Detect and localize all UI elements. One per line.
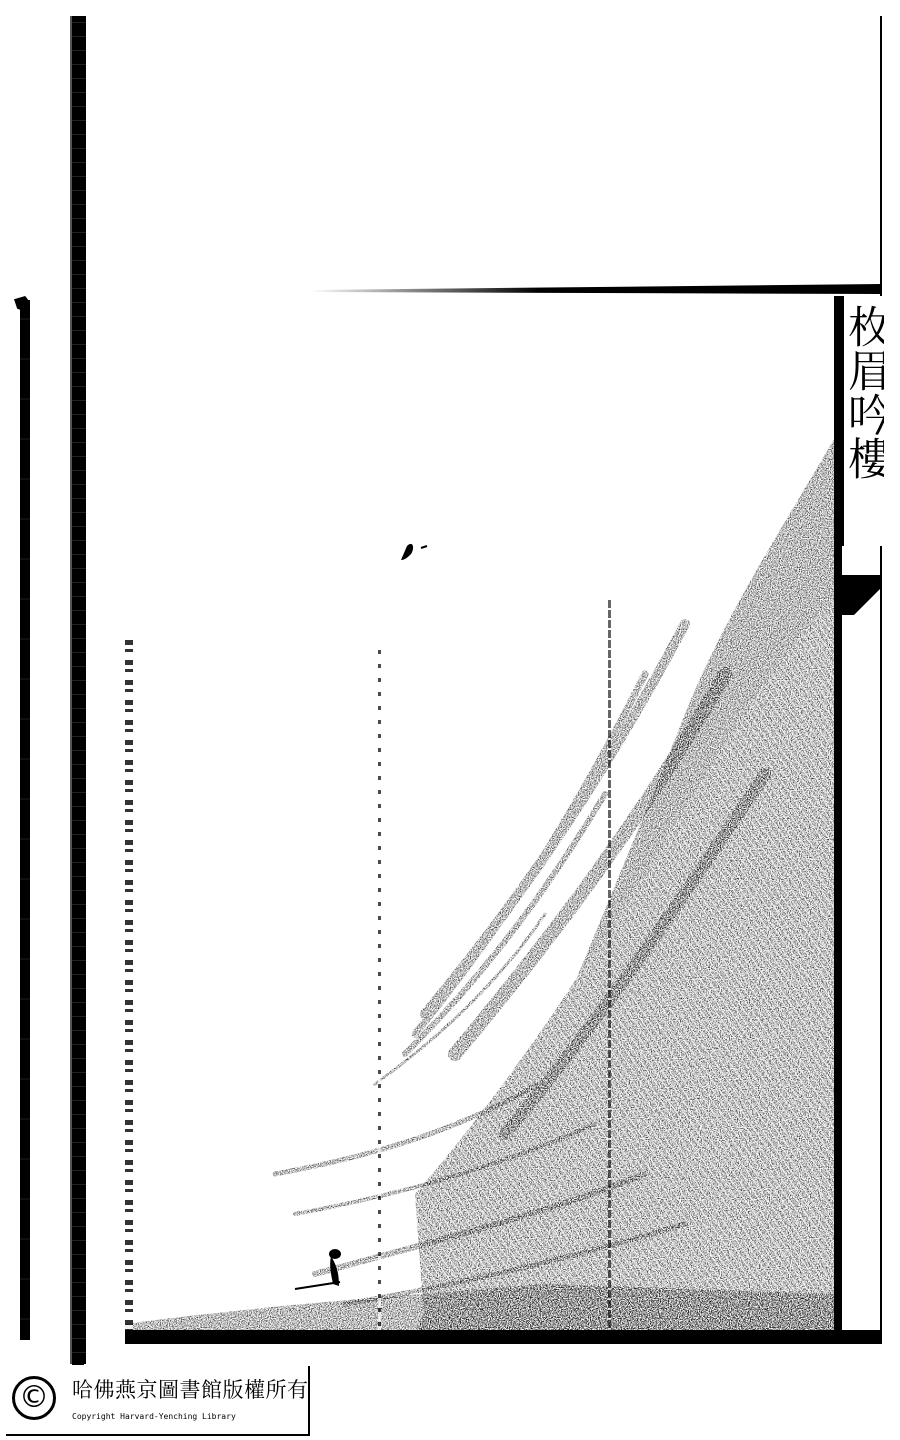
- side-title-text: 枚眉吟樓: [854, 304, 884, 480]
- title-char: 眉: [842, 348, 884, 392]
- title-char: 吟: [842, 392, 884, 436]
- copyright-icon: ©: [12, 1376, 56, 1420]
- side-title-strip: 枚眉吟樓: [842, 296, 884, 546]
- title-char: 枚: [842, 304, 884, 348]
- illustration-frame-right: [834, 296, 842, 1330]
- illustration-frame-left: [125, 640, 133, 1330]
- copyright-chinese-text: 哈佛燕京圖書館版權所有: [72, 1374, 309, 1404]
- illustration-frame-bottom: [125, 1330, 882, 1344]
- left-page-edge-rule: [20, 300, 30, 1340]
- landscape-illustration: [125, 294, 837, 1334]
- stamp-mark: [72, 1360, 84, 1365]
- title-char: 樓: [842, 436, 884, 480]
- copyright-stamp: © 哈佛燕京圖書館版權所有 Copyright Harvard-Yenching…: [6, 1366, 310, 1436]
- copyright-english-text: Copyright Harvard-Yenching Library: [72, 1412, 236, 1421]
- walking-figure: [295, 1249, 341, 1289]
- bird-mark: [401, 544, 413, 560]
- book-spine-rule: [72, 16, 86, 1364]
- illustration-column-rule: [378, 650, 381, 1330]
- illustration-frame-top: [310, 284, 882, 294]
- illustration-column-rule: [608, 600, 611, 1330]
- side-strip-ornament: [842, 575, 882, 615]
- right-page-edge: [880, 16, 882, 1336]
